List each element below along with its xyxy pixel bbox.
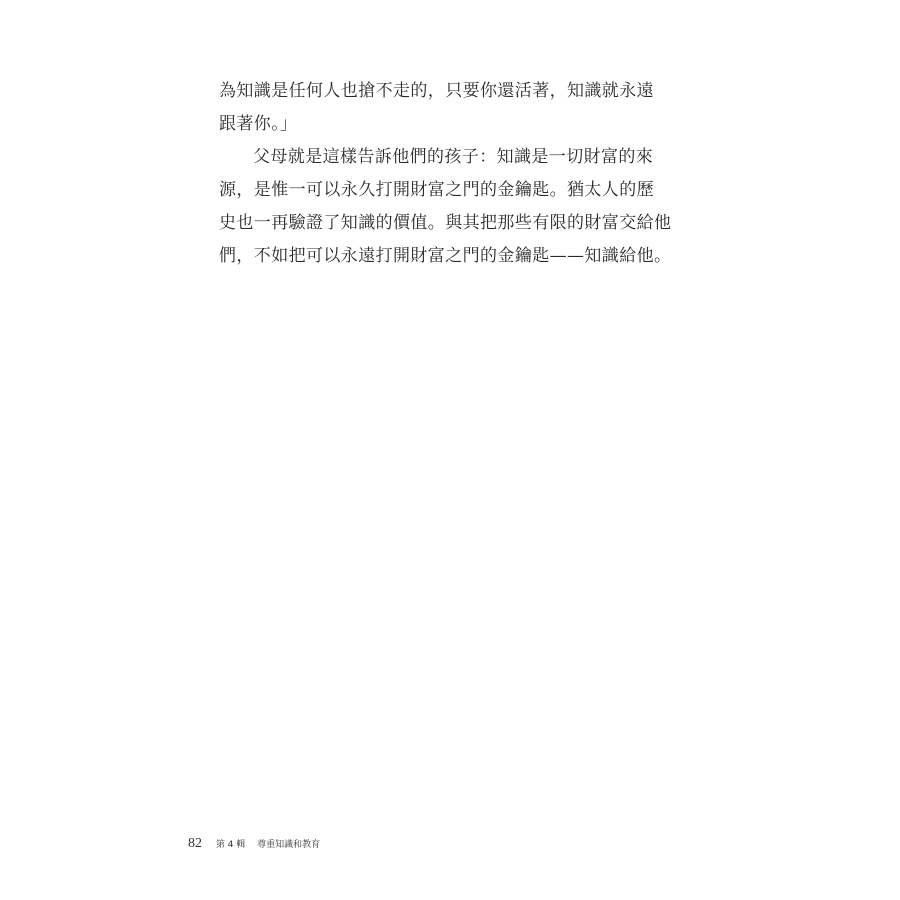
page-body-text: 為知識是任何人也搶不走的，只要你還活著，知識就永遠 跟著你。」 父母就是這樣告訴… [219,75,689,273]
paragraph-start-line: 父母就是這樣告訴他們的孩子：知識是一切財富的來 [219,141,689,174]
text-line: 跟著你。」 [219,108,689,141]
chapter-label: 第 4 輯 [216,840,245,850]
text-line: 為知識是任何人也搶不走的，只要你還活著，知識就永遠 [219,75,689,108]
text-line: 們，不如把可以永遠打開財富之門的金鑰匙——知識給他。 [219,240,689,273]
page-number: 82 [188,836,202,851]
text-line: 源，是惟一可以永久打開財富之門的金鑰匙。猶太人的歷 [219,174,689,207]
page-footer: 82 第 4 輯 尊重知識和教育 [188,836,320,852]
chapter-title: 尊重知識和教育 [257,840,320,850]
text-line: 史也一再驗證了知識的價值。與其把那些有限的財富交給他 [219,207,689,240]
